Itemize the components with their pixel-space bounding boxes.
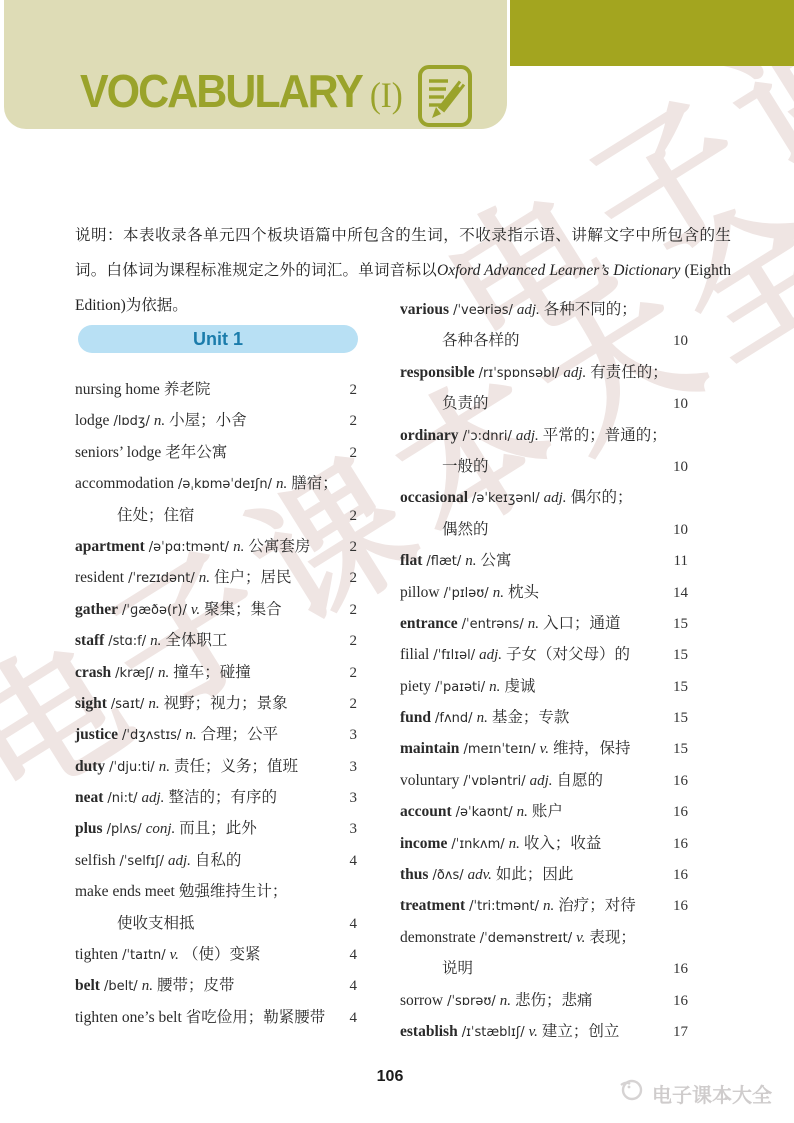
vocab-entry: plus /plʌs/ conj. 而且；此外3: [75, 813, 357, 844]
entry-pos: n.: [493, 585, 504, 601]
entry-phonetic: /əˈkeɪʒənl/: [472, 491, 540, 506]
entry-word: neat: [75, 789, 103, 806]
vocab-entry-line: income /ˈɪnkʌm/ n. 收入；收益16: [400, 828, 688, 859]
vocab-entry: piety /ˈpaɪəti/ n. 虔诚15: [400, 671, 688, 702]
entry-page-number: 2: [342, 375, 358, 406]
entry-definition: 住户；居民: [214, 569, 292, 586]
entry-phonetic: /flæt/: [426, 554, 461, 569]
entry-definition: 勉强维持生计；: [179, 883, 288, 900]
entry-text: tighten one’s belt 省吃俭用；勒紧腰带: [75, 1002, 325, 1033]
entry-phonetic: /rɪˈspɒnsəbl/: [479, 366, 560, 381]
entry-phonetic: /ˈveəriəs/: [453, 303, 513, 318]
vocab-entry-line: tighten one’s belt 省吃俭用；勒紧腰带4: [75, 1002, 357, 1033]
vocab-entry: treatment /ˈtri:tmənt/ n. 治疗；对待16: [400, 890, 688, 921]
header-accent-block: [510, 0, 794, 66]
entry-text: belt /belt/ n. 腰带；皮带: [75, 970, 234, 1002]
entry-text: income /ˈɪnkʌm/ n. 收入；收益: [400, 828, 601, 860]
vocab-entry: belt /belt/ n. 腰带；皮带4: [75, 970, 357, 1001]
entry-page-number: 2: [342, 595, 358, 626]
entry-text: flat /flæt/ n. 公寓: [400, 545, 511, 577]
entry-text: treatment /ˈtri:tmənt/ n. 治疗；对待: [400, 890, 636, 922]
entry-word: justice: [75, 726, 118, 743]
entry-pos: v.: [529, 1024, 538, 1040]
entry-word: duty: [75, 758, 105, 775]
vocab-entry: make ends meet 勉强维持生计；使收支相抵4: [75, 876, 357, 939]
entry-word: crash: [75, 664, 111, 681]
entry-word: seniors’ lodge: [75, 444, 161, 461]
page-title-suffix: (I): [370, 77, 403, 116]
entry-page-number: 3: [342, 752, 358, 783]
entry-page-number: 2: [342, 658, 358, 689]
entry-page-number: 2: [342, 406, 358, 437]
entry-page-number: 16: [665, 891, 688, 922]
entry-text: sight /saɪt/ n. 视野；视力；景象: [75, 688, 288, 720]
entry-definition: 膳宿；: [291, 475, 338, 492]
vocab-entry-line: make ends meet 勉强维持生计；: [75, 876, 357, 907]
entry-phonetic: /belt/: [104, 979, 138, 994]
vocab-entry-line: piety /ˈpaɪəti/ n. 虔诚15: [400, 671, 688, 702]
vocab-entry-line-cont: 负责的10: [400, 388, 688, 419]
entry-word: apartment: [75, 538, 145, 555]
entry-phonetic: /ˈentrəns/: [462, 617, 524, 632]
entry-definition: 全体职工: [165, 632, 227, 649]
entry-phonetic: /ˈsɒrəʊ/: [447, 994, 496, 1009]
vocab-column-right: various /ˈveəriəs/ adj. 各种不同的；各种各样的10res…: [400, 294, 688, 1047]
entry-phonetic: /ˈdemənstreɪt/: [480, 931, 572, 946]
entry-text: thus /ðʌs/ adv. 如此；因此: [400, 859, 573, 891]
unit-badge-label: Unit 1: [193, 329, 243, 350]
entry-phonetic: /ˈɔ:dnri/: [463, 429, 512, 444]
vocab-entry: accommodation /əˌkɒməˈdeɪʃn/ n. 膳宿；住处；住宿…: [75, 468, 357, 531]
entry-text: establish /ɪˈstæblɪʃ/ v. 建立；创立: [400, 1016, 619, 1048]
entry-phonetic: /ˈɡæðə(r)/: [122, 603, 187, 618]
entry-page-number: 16: [665, 860, 688, 891]
entry-word: thus: [400, 866, 428, 883]
entry-text: accommodation /əˌkɒməˈdeɪʃn/ n. 膳宿；: [75, 468, 338, 500]
entry-pos: adj.: [530, 773, 553, 789]
entry-definition-cont: 负责的: [442, 388, 489, 419]
entry-definition: 聚集；集合: [204, 601, 282, 618]
entry-definition: 枕头: [508, 584, 539, 601]
vocab-entry: tighten one’s belt 省吃俭用；勒紧腰带4: [75, 1002, 357, 1033]
entry-phonetic: /ˈselfɪʃ/: [119, 854, 164, 869]
entry-word: voluntary: [400, 772, 459, 789]
vocab-entry: apartment /əˈpɑ:tmənt/ n. 公寓套房2: [75, 531, 357, 562]
vocab-entry: sight /saɪt/ n. 视野；视力；景象2: [75, 688, 357, 719]
vocab-entry-line: treatment /ˈtri:tmənt/ n. 治疗；对待16: [400, 890, 688, 921]
entry-word: sorrow: [400, 992, 443, 1009]
entry-definition: 自私的: [195, 852, 242, 869]
entry-phonetic: /meɪnˈteɪn/: [463, 742, 535, 757]
entry-phonetic: /ˈrezɪdənt/: [128, 571, 195, 586]
entry-text: staff /stɑ:f/ n. 全体职工: [75, 625, 227, 657]
entry-text: lodge /lɒdʒ/ n. 小屋；小舍: [75, 405, 247, 437]
vocab-entry: justice /ˈdʒʌstɪs/ n. 合理；公平3: [75, 719, 357, 750]
entry-text: piety /ˈpaɪəti/ n. 虔诚: [400, 671, 535, 703]
entry-phonetic: /əˌkɒməˈdeɪʃn/: [178, 477, 272, 492]
entry-phonetic: /ˈdju:ti/: [109, 760, 155, 775]
vocab-entry-line: ordinary /ˈɔ:dnri/ adj. 平常的；普通的；: [400, 420, 688, 451]
vocab-entry: resident /ˈrezɪdənt/ n. 住户；居民2: [75, 562, 357, 593]
entry-definition: 基金；专款: [492, 709, 570, 726]
entry-phonetic: /ˈdʒʌstɪs/: [122, 728, 181, 743]
entry-phonetic: /ˈɪnkʌm/: [451, 837, 504, 852]
entry-definition: 平常的；普通的；: [543, 427, 667, 444]
entry-text: seniors’ lodge 老年公寓: [75, 437, 227, 468]
entry-page-number: 10: [665, 326, 688, 357]
entry-definition-cont: 偶然的: [442, 514, 489, 545]
entry-page-number: 4: [342, 909, 358, 940]
note-dictionary-title: Oxford Advanced Learner’s Dictionary: [437, 262, 680, 279]
entry-text: pillow /ˈpɪləʊ/ n. 枕头: [400, 577, 539, 609]
entry-word: fund: [400, 709, 431, 726]
entry-pos: n.: [233, 539, 244, 555]
entry-text: crash /kræʃ/ n. 撞车；碰撞: [75, 657, 251, 689]
vocab-entry: responsible /rɪˈspɒnsəbl/ adj. 有责任的；负责的1…: [400, 357, 688, 420]
vocab-entry: filial /ˈfɪlɪəl/ adj. 子女（对父母）的15: [400, 639, 688, 670]
page-title-text: VOCABULARY: [80, 66, 362, 118]
vocab-entry: voluntary /ˈvɒləntri/ adj. 自愿的16: [400, 765, 688, 796]
entry-pos: adj.: [563, 365, 586, 381]
entry-page-number: 15: [665, 672, 688, 703]
entry-definition-cont: 住处；住宿: [117, 500, 195, 531]
entry-word: various: [400, 301, 449, 318]
entry-page-number: 3: [342, 783, 358, 814]
entry-definition: 老年公寓: [165, 444, 227, 461]
vocab-entry: occasional /əˈkeɪʒənl/ adj. 偶尔的；偶然的10: [400, 482, 688, 545]
page-title: VOCABULARY(I): [80, 66, 403, 119]
entry-word: treatment: [400, 897, 465, 914]
unit-badge: Unit 1: [78, 325, 358, 353]
vocab-entry: establish /ɪˈstæblɪʃ/ v. 建立；创立17: [400, 1016, 688, 1047]
entry-text: plus /plʌs/ conj. 而且；此外: [75, 813, 257, 845]
entry-page-number: 10: [665, 452, 688, 483]
entry-definition: 如此；因此: [496, 866, 574, 883]
entry-phonetic: /əˈpɑ:tmənt/: [149, 540, 229, 555]
entry-definition: 撞车；碰撞: [173, 664, 251, 681]
entry-word: pillow: [400, 584, 440, 601]
entry-word: flat: [400, 552, 422, 569]
entry-page-number: 16: [665, 986, 688, 1017]
entry-text: maintain /meɪnˈteɪn/ v. 维持，保持: [400, 733, 630, 765]
entry-text: nursing home 养老院: [75, 374, 210, 405]
entry-phonetic: /əˈkaʊnt/: [456, 805, 513, 820]
entry-pos: n.: [185, 727, 196, 743]
entry-definition: （使）变紧: [183, 946, 261, 963]
entry-phonetic: /fʌnd/: [435, 711, 473, 726]
entry-text: voluntary /ˈvɒləntri/ adj. 自愿的: [400, 765, 603, 797]
entry-page-number: 4: [342, 1003, 358, 1034]
vocab-entry: tighten /ˈtaɪtn/ v. （使）变紧4: [75, 939, 357, 970]
entry-definition: 治疗；对待: [558, 897, 636, 914]
entry-pos: n.: [465, 553, 476, 569]
entry-page-number: 2: [342, 626, 358, 657]
entry-page-number: 2: [342, 501, 358, 532]
entry-page-number: 2: [342, 438, 358, 469]
entry-phonetic: /saɪt/: [111, 697, 144, 712]
entry-definition-cont: 说明: [442, 953, 473, 984]
entry-page-number: 15: [665, 609, 688, 640]
entry-phonetic: /ˈvɒləntri/: [463, 774, 525, 789]
vocab-column-left: nursing home 养老院2lodge /lɒdʒ/ n. 小屋；小舍2s…: [75, 374, 357, 1033]
entry-definition: 有责任的；: [590, 364, 668, 381]
entry-pos: adj.: [516, 428, 539, 444]
vocab-entry-line: tighten /ˈtaɪtn/ v. （使）变紧4: [75, 939, 357, 970]
entry-pos: adj.: [517, 302, 540, 318]
vocab-entry: account /əˈkaʊnt/ n. 账户16: [400, 796, 688, 827]
entry-text: neat /ni:t/ adj. 整洁的；有序的: [75, 782, 277, 814]
entry-text: fund /fʌnd/ n. 基金；专款: [400, 702, 569, 734]
entry-page-number: 15: [665, 734, 688, 765]
entry-page-number: 2: [342, 532, 358, 563]
entry-pos: v.: [576, 930, 585, 946]
entry-definition-cont: 一般的: [442, 451, 489, 482]
entry-page-number: 2: [342, 563, 358, 594]
entry-phonetic: /ˈtri:tmənt/: [469, 899, 539, 914]
entry-definition: 小屋；小舍: [169, 412, 247, 429]
entry-pos: adv.: [468, 867, 492, 883]
vocab-entry-line: nursing home 养老院2: [75, 374, 357, 405]
entry-definition: 整洁的；有序的: [168, 789, 277, 806]
entry-definition: 视野；视力；景象: [164, 695, 288, 712]
entry-word: income: [400, 835, 447, 852]
entry-text: filial /ˈfɪlɪəl/ adj. 子女（对父母）的: [400, 639, 630, 671]
entry-word: sight: [75, 695, 107, 712]
vocab-entry: crash /kræʃ/ n. 撞车；碰撞2: [75, 657, 357, 688]
entry-pos: v.: [191, 602, 200, 618]
vocab-entry: lodge /lɒdʒ/ n. 小屋；小舍2: [75, 405, 357, 436]
entry-text: occasional /əˈkeɪʒənl/ adj. 偶尔的；: [400, 482, 633, 514]
entry-pos: n.: [528, 616, 539, 632]
entry-word: maintain: [400, 740, 459, 757]
entry-page-number: 16: [665, 797, 688, 828]
entry-word: entrance: [400, 615, 458, 632]
vocab-entry: fund /fʌnd/ n. 基金；专款15: [400, 702, 688, 733]
entry-pos: adj.: [544, 490, 567, 506]
entry-text: demonstrate /ˈdemənstreɪt/ v. 表现；: [400, 922, 636, 954]
entry-pos: n.: [276, 476, 287, 492]
entry-pos: n.: [148, 696, 159, 712]
entry-word: plus: [75, 820, 103, 837]
brand-logo-icon: [617, 1076, 645, 1110]
entry-definition: 表现；: [589, 929, 636, 946]
vocab-entry-line: responsible /rɪˈspɒnsəbl/ adj. 有责任的；: [400, 357, 688, 388]
entry-definition: 偶尔的；: [571, 489, 633, 506]
entry-page-number: 2: [342, 689, 358, 720]
entry-text: make ends meet 勉强维持生计；: [75, 876, 287, 907]
vocab-entry: pillow /ˈpɪləʊ/ n. 枕头14: [400, 577, 688, 608]
brand-watermark: 电子课本大全: [617, 1076, 772, 1110]
entry-page-number: 3: [342, 720, 358, 751]
vocab-entry: sorrow /ˈsɒrəʊ/ n. 悲伤；悲痛16: [400, 985, 688, 1016]
entry-page-number: 15: [665, 703, 688, 734]
vocab-entry-line: justice /ˈdʒʌstɪs/ n. 合理；公平3: [75, 719, 357, 750]
entry-page-number: 10: [665, 389, 688, 420]
vocab-entry-line: accommodation /əˌkɒməˈdeɪʃn/ n. 膳宿；: [75, 468, 357, 499]
entry-definition: 而且；此外: [179, 820, 257, 837]
entry-pos: n.: [159, 759, 170, 775]
vocab-entry-line: lodge /lɒdʒ/ n. 小屋；小舍2: [75, 405, 357, 436]
vocab-entry-line: entrance /ˈentrəns/ n. 入口；通道15: [400, 608, 688, 639]
entry-definition: 合理；公平: [201, 726, 279, 743]
entry-word: responsible: [400, 364, 475, 381]
entry-text: duty /ˈdju:ti/ n. 责任；义务；值班: [75, 751, 298, 783]
vocab-entry: ordinary /ˈɔ:dnri/ adj. 平常的；普通的；一般的10: [400, 420, 688, 483]
entry-definition: 各种不同的；: [544, 301, 637, 318]
vocab-entry-line: pillow /ˈpɪləʊ/ n. 枕头14: [400, 577, 688, 608]
entry-definition: 建立；创立: [542, 1023, 620, 1040]
entry-pos: adj.: [479, 647, 502, 663]
entry-pos: n.: [150, 633, 161, 649]
entry-definition: 养老院: [164, 381, 211, 398]
notepad-pencil-icon: [416, 64, 474, 133]
vocab-entry: seniors’ lodge 老年公寓2: [75, 437, 357, 468]
entry-pos: v.: [170, 947, 179, 963]
vocab-entry-line-cont: 说明16: [400, 953, 688, 984]
entry-definition: 公寓: [480, 552, 511, 569]
vocab-entry: demonstrate /ˈdemənstreɪt/ v. 表现；说明16: [400, 922, 688, 985]
vocab-entry-line: staff /stɑ:f/ n. 全体职工2: [75, 625, 357, 656]
vocab-entry: staff /stɑ:f/ n. 全体职工2: [75, 625, 357, 656]
entry-pos: conj.: [146, 821, 176, 837]
entry-page-number: 4: [342, 940, 358, 971]
entry-word: piety: [400, 678, 431, 695]
entry-definition: 维持，保持: [553, 740, 631, 757]
entry-word: occasional: [400, 489, 468, 506]
entry-text: responsible /rɪˈspɒnsəbl/ adj. 有责任的；: [400, 357, 668, 389]
entry-page-number: 16: [665, 954, 688, 985]
entry-text: entrance /ˈentrəns/ n. 入口；通道: [400, 608, 620, 640]
entry-page-number: 14: [665, 578, 688, 609]
vocab-entry-line: various /ˈveəriəs/ adj. 各种不同的；: [400, 294, 688, 325]
entry-definition: 账户: [532, 803, 563, 820]
entry-text: account /əˈkaʊnt/ n. 账户: [400, 796, 563, 828]
vocab-entry-line: flat /flæt/ n. 公寓11: [400, 545, 688, 576]
vocab-entry-line: neat /ni:t/ adj. 整洁的；有序的3: [75, 782, 357, 813]
vocab-entry-line: gather /ˈɡæðə(r)/ v. 聚集；集合2: [75, 594, 357, 625]
vocab-entry-line: sorrow /ˈsɒrəʊ/ n. 悲伤；悲痛16: [400, 985, 688, 1016]
entry-phonetic: /ˈpaɪəti/: [435, 680, 485, 695]
vocab-entry: selfish /ˈselfɪʃ/ adj. 自私的4: [75, 845, 357, 876]
entry-phonetic: /kræʃ/: [115, 666, 154, 681]
entry-phonetic: /ˈtaɪtn/: [122, 948, 166, 963]
entry-page-number: 16: [665, 829, 688, 860]
vocab-entry-line: thus /ðʌs/ adv. 如此；因此16: [400, 859, 688, 890]
entry-phonetic: /lɒdʒ/: [113, 414, 149, 429]
entry-page-number: 11: [666, 546, 688, 577]
entry-word: establish: [400, 1023, 458, 1040]
entry-phonetic: /ˈfɪlɪəl/: [433, 648, 475, 663]
entry-text: gather /ˈɡæðə(r)/ v. 聚集；集合: [75, 594, 282, 626]
entry-word: ordinary: [400, 427, 459, 444]
entry-pos: n.: [509, 836, 520, 852]
vocab-entry-line: voluntary /ˈvɒləntri/ adj. 自愿的16: [400, 765, 688, 796]
entry-definition: 省吃俭用；勒紧腰带: [186, 1009, 326, 1026]
entry-phonetic: /plʌs/: [107, 822, 142, 837]
entry-text: justice /ˈdʒʌstɪs/ n. 合理；公平: [75, 719, 278, 751]
entry-definition-cont: 各种各样的: [442, 325, 520, 356]
entry-phonetic: /stɑ:f/: [108, 634, 146, 649]
textbook-page: 电子课本大全 电子课本大全 VOCABULARY(I) 说明：本表收录各单元四个…: [0, 0, 794, 1123]
vocab-entry-line: maintain /meɪnˈteɪn/ v. 维持，保持15: [400, 733, 688, 764]
vocab-entry: income /ˈɪnkʌm/ n. 收入；收益16: [400, 828, 688, 859]
entry-page-number: 16: [665, 766, 688, 797]
entry-word: filial: [400, 646, 429, 663]
entry-pos: n.: [154, 413, 165, 429]
entry-text: selfish /ˈselfɪʃ/ adj. 自私的: [75, 845, 241, 877]
entry-word: tighten one’s belt: [75, 1009, 182, 1026]
entry-definition: 悲伤；悲痛: [515, 992, 593, 1009]
entry-phonetic: /ˈpɪləʊ/: [444, 586, 489, 601]
entry-page-number: 15: [665, 640, 688, 671]
entry-pos: n.: [489, 679, 500, 695]
vocab-entry-line: fund /fʌnd/ n. 基金；专款15: [400, 702, 688, 733]
entry-phonetic: /ðʌs/: [432, 868, 463, 883]
entry-text: various /ˈveəriəs/ adj. 各种不同的；: [400, 294, 637, 326]
vocab-entry-line-cont: 各种各样的10: [400, 325, 688, 356]
vocab-entry-line: filial /ˈfɪlɪəl/ adj. 子女（对父母）的15: [400, 639, 688, 670]
entry-word: account: [400, 803, 452, 820]
entry-pos: n.: [158, 665, 169, 681]
vocab-entry-line-cont: 住处；住宿2: [75, 500, 357, 531]
vocab-entry-line-cont: 使收支相抵4: [75, 908, 357, 939]
entry-definition: 子女（对父母）的: [506, 646, 630, 663]
entry-word: selfish: [75, 852, 115, 869]
entry-pos: n.: [500, 993, 511, 1009]
vocab-entry-line: apartment /əˈpɑ:tmənt/ n. 公寓套房2: [75, 531, 357, 562]
entry-page-number: 17: [665, 1017, 688, 1048]
entry-pos: adj.: [168, 853, 191, 869]
vocab-entry: flat /flæt/ n. 公寓11: [400, 545, 688, 576]
entry-word: belt: [75, 977, 100, 994]
vocab-entry-line-cont: 偶然的10: [400, 514, 688, 545]
entry-text: ordinary /ˈɔ:dnri/ adj. 平常的；普通的；: [400, 420, 667, 452]
entry-word: demonstrate: [400, 929, 476, 946]
entry-pos: n.: [477, 710, 488, 726]
vocab-entry: duty /ˈdju:ti/ n. 责任；义务；值班3: [75, 751, 357, 782]
vocab-entry: neat /ni:t/ adj. 整洁的；有序的3: [75, 782, 357, 813]
entry-pos: v.: [540, 741, 549, 757]
vocab-entry-line: seniors’ lodge 老年公寓2: [75, 437, 357, 468]
entry-definition: 腰带；皮带: [157, 977, 235, 994]
entry-pos: n.: [199, 570, 210, 586]
vocab-entry-line: crash /kræʃ/ n. 撞车；碰撞2: [75, 657, 357, 688]
entry-pos: adj.: [142, 790, 165, 806]
vocab-entry-line-cont: 一般的10: [400, 451, 688, 482]
vocab-entry-line: sight /saɪt/ n. 视野；视力；景象2: [75, 688, 357, 719]
vocab-entry: gather /ˈɡæðə(r)/ v. 聚集；集合2: [75, 594, 357, 625]
vocab-entry-line: selfish /ˈselfɪʃ/ adj. 自私的4: [75, 845, 357, 876]
entry-definition: 公寓套房: [248, 538, 310, 555]
entry-pos: n.: [543, 898, 554, 914]
entry-text: tighten /ˈtaɪtn/ v. （使）变紧: [75, 939, 260, 971]
entry-word: resident: [75, 569, 124, 586]
entry-definition: 虔诚: [504, 678, 535, 695]
vocab-entry: entrance /ˈentrəns/ n. 入口；通道15: [400, 608, 688, 639]
vocab-entry: maintain /meɪnˈteɪn/ v. 维持，保持15: [400, 733, 688, 764]
entry-text: apartment /əˈpɑ:tmənt/ n. 公寓套房: [75, 531, 310, 563]
brand-watermark-label: 电子课本大全: [652, 1079, 772, 1108]
entry-word: staff: [75, 632, 104, 649]
entry-page-number: 4: [342, 971, 358, 1002]
entry-word: accommodation: [75, 475, 174, 492]
entry-page-number: 10: [665, 515, 688, 546]
entry-page-number: 4: [342, 846, 358, 877]
entry-phonetic: /ni:t/: [107, 791, 137, 806]
vocab-entry-line: plus /plʌs/ conj. 而且；此外3: [75, 813, 357, 844]
entry-pos: n.: [517, 804, 528, 820]
vocab-entry: nursing home 养老院2: [75, 374, 357, 405]
